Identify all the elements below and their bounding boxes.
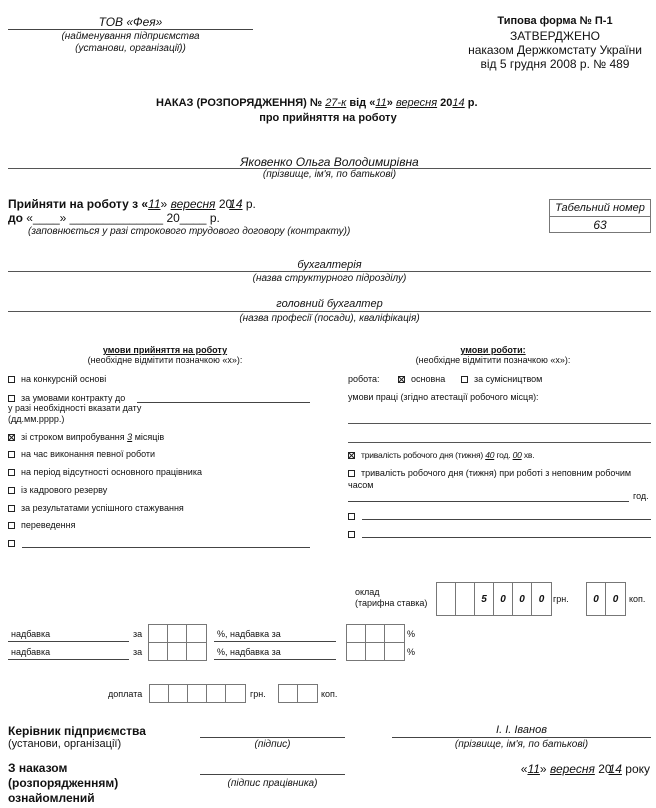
digit-cell[interactable]: 5 (475, 583, 494, 615)
work-extra-2[interactable] (348, 529, 361, 539)
hiring-item-absence[interactable]: на період відсутності основного працівни… (8, 467, 202, 477)
work-extra-2-line[interactable] (362, 537, 651, 538)
department-value: бухгалтерія (8, 259, 651, 271)
tab-number-label: Табельний номер (550, 200, 650, 216)
ack-label-2: (розпорядженням) (8, 776, 118, 790)
ack-date: «11» вересня 2014 року (521, 762, 650, 776)
order-day: 11 (375, 97, 386, 109)
allowance-2-label: надбавка (11, 647, 50, 657)
checkbox-icon[interactable] (8, 487, 15, 494)
hire-month: вересня (171, 197, 216, 211)
labor-conditions-line-2[interactable] (348, 442, 651, 443)
order-month: вересня (396, 97, 437, 109)
surcharge-kop-cells[interactable] (278, 684, 318, 703)
duration-hours: 40 (485, 450, 494, 460)
department-caption: (назва структурного підрозділу) (8, 273, 651, 284)
part-time-label-2: часом (348, 480, 374, 490)
allowance-1-pct-label: %, надбавка за (217, 629, 281, 639)
hiring-other-line[interactable] (22, 547, 310, 548)
hiring-item-probation[interactable]: зі строком випробування 3 місяців (8, 432, 164, 442)
position-caption: (назва професії (посади), кваліфікація) (8, 313, 651, 324)
allowance-2b-line[interactable] (214, 659, 336, 660)
hiring-item-specific-work[interactable]: на час виконання певної роботи (8, 449, 155, 459)
head-name-caption: (прізвище, ім'я, по батькові) (392, 739, 651, 750)
work-extra-1[interactable] (348, 511, 361, 521)
employee-name: Яковенко Ольга Володимирівна (8, 155, 651, 169)
head-name: І. І. Іванов (392, 724, 651, 736)
labor-conditions-label: умови праці (згідно атестації робочого м… (348, 392, 539, 402)
position-line (8, 311, 651, 312)
ack-label-3: ознайомлений (8, 791, 95, 805)
allowance-1-for: за (133, 629, 142, 639)
work-extra-1-line[interactable] (362, 519, 651, 520)
hire-day: 11 (148, 197, 160, 211)
employee-sign-caption: (підпис працівника) (200, 778, 345, 789)
head-label: Керівник підприємства (8, 724, 146, 738)
part-time-duration[interactable]: тривалість робочого дня (тижня) при робо… (348, 468, 631, 478)
digit-cell[interactable]: 0 (513, 583, 532, 615)
labor-conditions-line-1[interactable] (348, 423, 651, 424)
salary-kop-unit: коп. (629, 594, 645, 604)
hire-until: до до «____» ______________ 20____ р.«__… (8, 211, 220, 225)
checkbox-checked-icon[interactable] (348, 452, 355, 459)
work-type-label: робота: (348, 374, 380, 384)
hire-year: 14 (229, 197, 242, 211)
allowance-2b-cells[interactable] (346, 642, 405, 661)
surcharge-uah-unit: грн. (250, 689, 266, 699)
employee-sign-line[interactable] (200, 774, 345, 775)
order-title: НАКАЗ (РОЗПОРЯДЖЕННЯ) № 27-к від «11» ве… (156, 97, 478, 109)
approved-by: наказом Держкомстату України (455, 43, 655, 57)
checkbox-icon[interactable] (8, 505, 15, 512)
ack-label-1: З наказом (8, 761, 67, 775)
part-time-unit: год. (633, 491, 649, 501)
surcharge-uah-cells[interactable] (149, 684, 246, 703)
salary-uah-cells[interactable]: 5000 (436, 582, 552, 616)
tab-number-value: 63 (550, 216, 650, 232)
checkbox-icon[interactable] (461, 376, 468, 383)
hiring-conditions-hint: (необхідне відмітити позначкою «х»): (0, 355, 330, 365)
allowance-2-for: за (133, 647, 142, 657)
part-time-hours-line[interactable] (348, 501, 629, 502)
hiring-item-internship[interactable]: за результатами успішного стажування (8, 503, 184, 513)
head-sign-caption: (підпис) (200, 739, 345, 750)
position-value: головний бухгалтер (8, 298, 651, 310)
checkbox-icon[interactable] (348, 470, 355, 477)
salary-kop-cells[interactable]: 00 (586, 582, 626, 616)
org-caption-2: (установи, організації)) (8, 43, 253, 54)
approved-label: ЗАТВЕРДЖЕНО (455, 29, 655, 43)
head-caption: (установи, організації) (8, 738, 121, 750)
surcharge-label: доплата (108, 689, 142, 699)
digit-cell[interactable]: 0 (532, 583, 551, 615)
contract-note-1: у разі необхідності вказати дату (8, 403, 141, 413)
approved-date: від 5 грудня 2008 р. № 489 (455, 57, 655, 71)
checkbox-icon[interactable] (8, 451, 15, 458)
allowance-1-line[interactable] (8, 641, 129, 642)
hiring-item-reserve[interactable]: із кадрового резерву (8, 485, 107, 495)
hire-until-caption: (заповнюється у разі строкового трудовог… (28, 226, 350, 237)
duration-minutes: 00 (513, 450, 522, 460)
hiring-item-transfer[interactable]: переведення (8, 520, 75, 530)
checkbox-icon[interactable] (8, 540, 15, 547)
contract-note-2: (дд.мм.рррр.) (8, 414, 64, 424)
hire-date: Прийняти на роботу з «11» вересня 2014 р… (8, 197, 256, 211)
salary-label-1: оклад (355, 587, 380, 597)
digit-cell[interactable]: 0 (494, 583, 513, 615)
checkbox-icon[interactable] (8, 395, 15, 402)
work-conditions-title: умови роботи: (330, 345, 656, 355)
digit-cell[interactable] (437, 583, 456, 615)
order-year: 14 (452, 97, 464, 109)
checkbox-icon[interactable] (8, 469, 15, 476)
order-number: 27-к (325, 97, 346, 109)
department-line (8, 271, 651, 272)
head-name-line (392, 737, 651, 738)
work-conditions-hint: (необхідне відмітити позначкою «х»): (330, 355, 656, 365)
allowance-1-pct: % (407, 629, 415, 639)
allowance-1-cells[interactable] (148, 624, 207, 643)
hiring-item-contract[interactable]: за умовами контракту до (8, 393, 125, 403)
order-subtitle: про прийняття на роботу (0, 112, 656, 124)
digit-cell[interactable]: 0 (587, 583, 606, 615)
hiring-item-competitive[interactable]: на конкурсній основі (8, 374, 106, 384)
digit-cell[interactable]: 0 (606, 583, 625, 615)
checkbox-icon[interactable] (8, 522, 15, 529)
allowance-1b-line[interactable] (214, 641, 336, 642)
surcharge-kop-unit: коп. (321, 689, 337, 699)
head-sign-line[interactable] (200, 737, 345, 738)
checkbox-checked-icon[interactable] (8, 434, 15, 441)
contract-date-line[interactable] (137, 402, 310, 403)
allowance-2-cells[interactable] (148, 642, 207, 661)
allowance-2-pct-label: %, надбавка за (217, 647, 281, 657)
allowance-1b-cells[interactable] (346, 624, 405, 643)
form-title: Типова форма № П-1 (455, 15, 655, 27)
checkbox-icon[interactable] (348, 531, 355, 538)
org-caption-1: (найменування підприємства (8, 31, 253, 42)
probation-months: 3 (127, 432, 132, 442)
checkbox-icon[interactable] (348, 513, 355, 520)
digit-cell[interactable] (456, 583, 475, 615)
org-name: ТОВ «Фея» (8, 15, 253, 29)
allowance-1-label: надбавка (11, 629, 50, 639)
salary-label-2: (тарифна ставка) (355, 598, 427, 608)
employee-name-caption: (прізвище, ім'я, по батькові) (8, 169, 651, 180)
checkbox-checked-icon[interactable] (398, 376, 405, 383)
work-main[interactable]: основна (398, 374, 445, 384)
checkbox-icon[interactable] (8, 376, 15, 383)
work-combined[interactable]: за сумісництвом (461, 374, 542, 384)
hiring-conditions-title: умови прийняття на роботу (0, 345, 330, 355)
tab-number-box: Табельний номер 63 (549, 199, 651, 233)
allowance-2-pct: % (407, 647, 415, 657)
salary-uah-unit: грн. (553, 594, 569, 604)
work-duration[interactable]: тривалість робочого дня (тижня) 40 год. … (348, 450, 534, 460)
hiring-item-other[interactable] (8, 538, 21, 548)
org-name-line (8, 29, 253, 30)
allowance-2-line[interactable] (8, 659, 129, 660)
